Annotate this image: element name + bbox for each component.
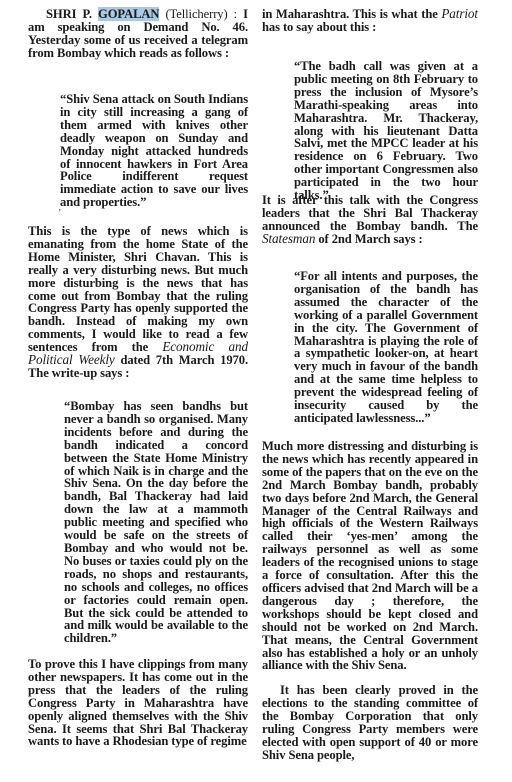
publication-statesman: Statesman — [262, 231, 315, 246]
para3-text: To prove this I have clippings from many… — [28, 658, 248, 748]
speaker-constituency: (Tellicherry) : — [165, 7, 237, 21]
statesman-intro-text: It is after this talk with the Congress … — [262, 193, 478, 233]
speaker-intro: SHRI P. GOPALAN (Tellicherry) : I am spe… — [28, 8, 248, 60]
statesman-quote: “For all intents and purposes, the organ… — [294, 270, 478, 425]
paragraph-railways: Much more distressing and disturbing is … — [262, 440, 478, 672]
paragraph-patriot-intro: in Maharashtra. This is what the Patriot… — [262, 8, 478, 34]
patriot-quote-text: “The badh call was given at a public mee… — [294, 60, 478, 202]
railways-text: Much more distressing and disturbing is … — [262, 440, 478, 672]
para2-text: This is the type of news which is emanat… — [28, 224, 248, 354]
paragraph-statesman-intro: It is after this talk with the Congress … — [262, 194, 478, 246]
continuation-text: in Maharashtra. This is what the — [262, 7, 441, 21]
paragraph-clippings: To prove this I have clippings from many… — [28, 658, 248, 748]
telegram-quote-text: “Shiv Sena attack on South Indians in ci… — [60, 93, 248, 209]
epw-quote: “Bombay has seen bandhs but never a band… — [64, 400, 248, 645]
paragraph-home-state: This is the type of news which is emanat… — [28, 225, 248, 380]
stray-mark: ’ — [58, 208, 61, 219]
paragraph-elections: It has been clearly proved in the electi… — [262, 684, 478, 761]
epw-quote-text: “Bombay has seen bandhs but never a band… — [64, 400, 248, 645]
speaker-name-selected[interactable]: GOPALAN — [98, 7, 159, 21]
patriot-quote: “The badh call was given at a public mee… — [294, 60, 478, 202]
statesman-intro-end: of 2nd March says : — [315, 232, 422, 246]
telegram-quote: “Shiv Sena attack on South Indians in ci… — [60, 93, 248, 209]
continuation-text-end: has to say about this : — [262, 20, 376, 34]
publication-patriot: Patriot — [441, 6, 478, 21]
speaker-prefix: SHRI P. — [46, 7, 92, 21]
statesman-quote-text: “For all intents and purposes, the organ… — [294, 270, 478, 425]
elections-text: It has been clearly proved in the electi… — [262, 684, 478, 761]
